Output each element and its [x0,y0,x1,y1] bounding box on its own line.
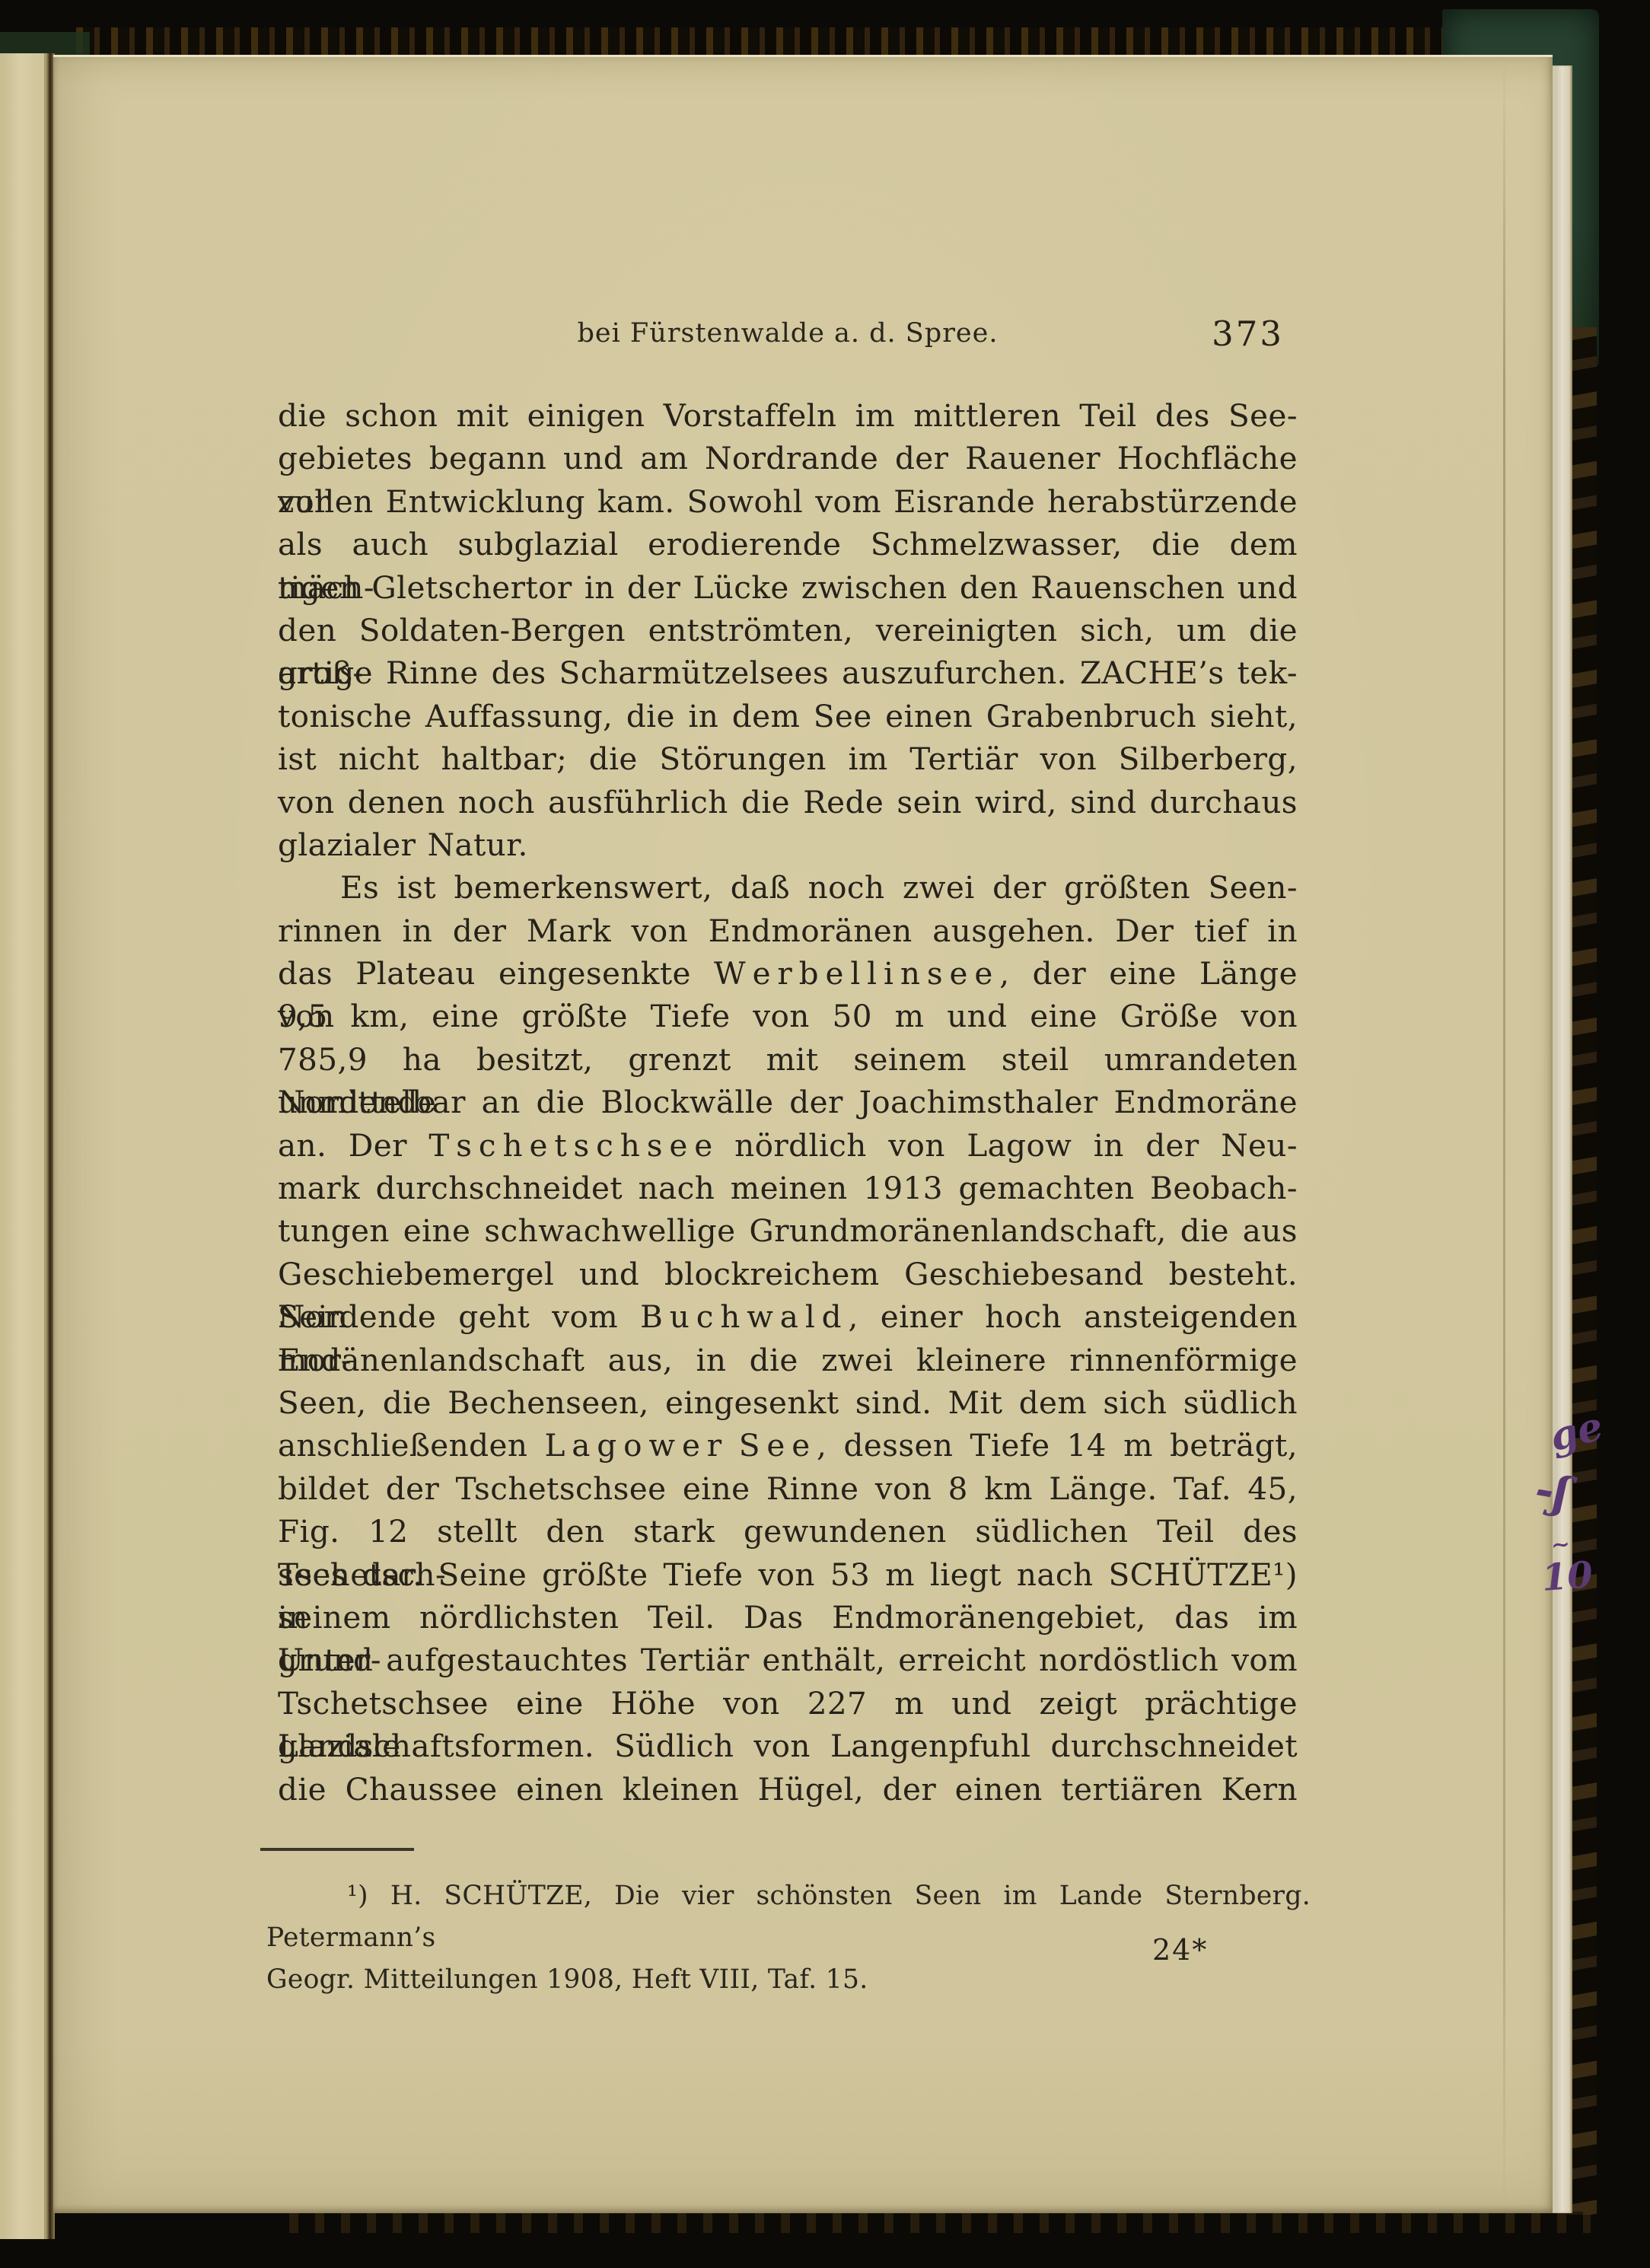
body-line: Nordende geht vom B u c h w a l d , eine… [278,1295,1298,1338]
running-title: bei Fürstenwalde a. d. Spree. [278,318,1298,349]
body-line: grund aufgestauchtes Tertiär enthält, er… [278,1639,1298,1681]
scanned-book-page: bei Fürstenwalde a. d. Spree. 373 die sc… [0,0,1650,2268]
body-line: Tschetschsee eine Höhe von 227 m und zei… [278,1682,1298,1725]
body-line: von denen noch ausführlich die Rede sein… [278,781,1298,823]
body-line: Landschaftsformen. Südlich von Langenpfu… [278,1725,1298,1767]
body-line: rinnen in der Mark von Endmoränen ausgeh… [278,909,1298,952]
page-edge-stack [1550,65,1572,2213]
body-line-paragraph-start: Es ist bemerkenswert, daß noch zwei der … [278,866,1298,909]
page-number: 373 [1212,314,1284,354]
body-line: das Plateau eingesenkte W e r b e l l i … [278,952,1298,995]
body-text: die schon mit einigen Vorstaffeln im mit… [278,394,1298,1811]
signature-mark: 24* [1152,1933,1208,1967]
body-line: die Chaussee einen kleinen Hügel, der ei… [278,1768,1298,1811]
body-line: Seen, die Bechenseen, eingesenkt sind. M… [278,1381,1298,1424]
facing-page-edge [0,53,44,2239]
body-line: an. Der T s c h e t s c h s e e nördlich… [278,1124,1298,1167]
body-line: seinem nördlichsten Teil. Das Endmoränen… [278,1596,1298,1639]
body-line: die schon mit einigen Vorstaffeln im mit… [278,394,1298,437]
book-cover-bottom-texture [289,2212,1591,2233]
body-line: tigen Gletschertor in der Lücke zwischen… [278,566,1298,609]
body-line: Fig. 12 stellt den stark gewundenen südl… [278,1510,1298,1553]
body-line: 9,5 km, eine größte Tiefe von 50 m und e… [278,995,1298,1037]
body-line: tungen eine schwachwellige Grundmoränenl… [278,1209,1298,1252]
body-line: unmittelbar an die Blockwälle der Joachi… [278,1081,1298,1123]
body-line: gebietes begann und am Nordrande der Rau… [278,437,1298,479]
body-line: sees dar. Seine größte Tiefe von 53 m li… [278,1553,1298,1596]
page-crease [1503,55,1505,2213]
body-line: tonische Auffassung, die in dem See eine… [278,695,1298,737]
body-line: ist nicht haltbar; die Störungen im Tert… [278,737,1298,780]
body-line: Geschiebemergel und blockreichem Geschie… [278,1253,1298,1295]
body-line: 785,9 ha besitzt, grenzt mit seinem stei… [278,1038,1298,1081]
footnote-separator [260,1848,414,1851]
body-line: den Soldaten-Bergen entströmten, vereini… [278,609,1298,651]
book-cover-top-texture [76,27,1598,58]
body-line: mark durchschneidet nach meinen 1913 gem… [278,1167,1298,1209]
body-line: artige Rinne des Scharmützelsees auszufu… [278,651,1298,694]
marginalia-mark: 10 [1540,1553,1594,1600]
body-line: moränenlandschaft aus, in die zwei klein… [278,1339,1298,1381]
body-line: bildet der Tschetschsee eine Rinne von 8… [278,1467,1298,1510]
page: bei Fürstenwalde a. d. Spree. 373 die sc… [53,55,1553,2213]
body-line: als auch subglazial erodierende Schmelzw… [278,523,1298,565]
body-line: glazialer Natur. [278,823,1298,866]
body-line: anschließenden L a g o w e r S e e , des… [278,1424,1298,1467]
page-header: bei Fürstenwalde a. d. Spree. 373 [278,318,1298,364]
body-line: vollen Entwicklung kam. Sowohl vom Eisra… [278,480,1298,523]
